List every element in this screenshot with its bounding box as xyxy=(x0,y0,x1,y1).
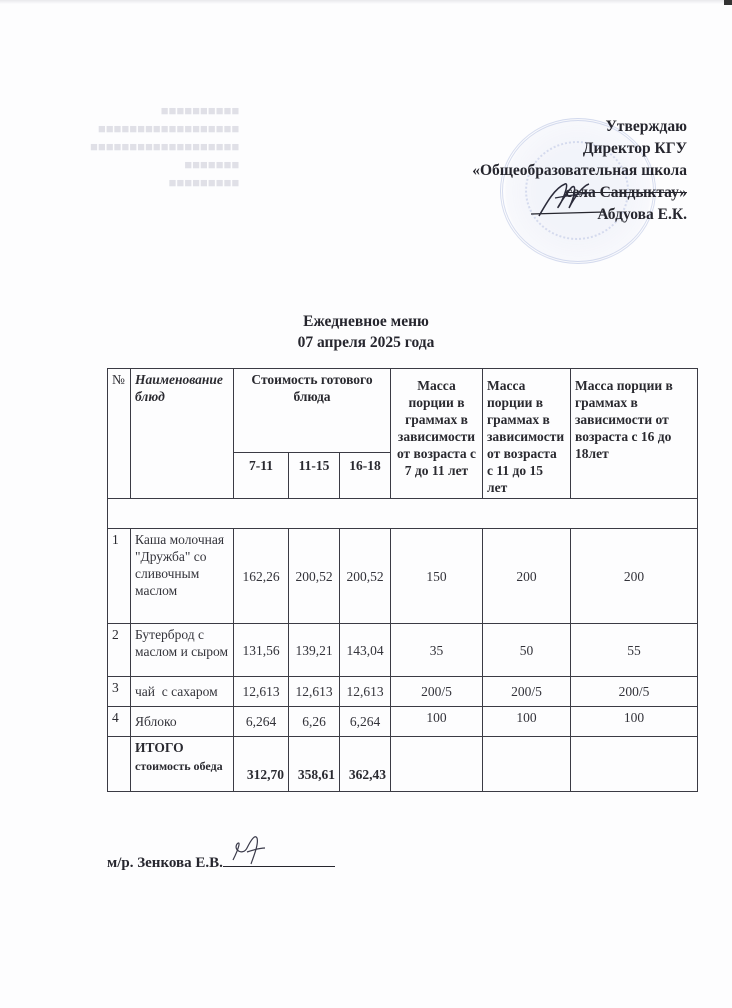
mass-16-18: 100 xyxy=(571,707,698,737)
dish-name: Яблоко xyxy=(131,707,234,737)
dish-name: чай с сахаром xyxy=(131,677,234,707)
spacer-cell xyxy=(108,499,698,529)
mass-7-11: 150 xyxy=(391,529,483,624)
menu-table: № Наименование блюд Стоимость готового б… xyxy=(107,368,698,792)
scan-corner-mark xyxy=(724,0,732,5)
total-row: ИТОГО стоимость обеда 312,70 358,61 362,… xyxy=(108,737,698,792)
mass-11-15: 200/5 xyxy=(483,677,571,707)
signer-name: м/р. Зенкова Е.В. xyxy=(107,855,223,871)
row-number: 2 xyxy=(108,624,131,677)
signer-block: м/р. Зенкова Е.В. xyxy=(107,854,335,872)
approval-line: Утверждаю xyxy=(472,116,687,138)
total-mass-empty xyxy=(391,737,483,792)
total-mass-empty xyxy=(571,737,698,792)
signature-icon xyxy=(525,178,615,220)
header-row: № Наименование блюд Стоимость готового б… xyxy=(108,369,698,453)
row-number: 1 xyxy=(108,529,131,624)
cost-7-11: 6,264 xyxy=(234,707,289,737)
total-label-sub: стоимость обеда xyxy=(135,757,229,775)
approval-line: Директор КГУ xyxy=(472,138,687,160)
header-mass-16-18: Масса порции в граммах в зависимости от … xyxy=(571,369,698,499)
header-mass-11-15: Масса порции в граммах в зависимости от … xyxy=(483,369,571,499)
title-line: Ежедневное меню xyxy=(0,311,732,332)
header-age-7-11: 7-11 xyxy=(234,452,289,498)
table-row: 2 Бутерброд с маслом и сыром 131,56 139,… xyxy=(108,624,698,677)
mass-16-18: 55 xyxy=(571,624,698,677)
cost-11-15: 12,613 xyxy=(289,677,340,707)
dish-name: Каша молочная "Дружба" со сливочным масл… xyxy=(131,529,234,624)
cost-16-18: 12,613 xyxy=(340,677,391,707)
mass-11-15: 50 xyxy=(483,624,571,677)
mass-7-11: 100 xyxy=(391,707,483,737)
mass-7-11: 35 xyxy=(391,624,483,677)
title-date: 07 апреля 2025 года xyxy=(0,332,732,353)
total-cost-16-18: 362,43 xyxy=(340,737,391,792)
header-age-11-15: 11-15 xyxy=(289,452,340,498)
row-number: 4 xyxy=(108,707,131,737)
total-mass-empty xyxy=(483,737,571,792)
header-name: Наименование блюд xyxy=(131,369,234,499)
mass-11-15: 200 xyxy=(483,529,571,624)
cost-11-15: 139,21 xyxy=(289,624,340,677)
table-row: 1 Каша молочная "Дружба" со сливочным ма… xyxy=(108,529,698,624)
cost-7-11: 131,56 xyxy=(234,624,289,677)
document-title: Ежедневное меню 07 апреля 2025 года xyxy=(0,311,732,353)
header-age-16-18: 16-18 xyxy=(340,452,391,498)
cost-11-15: 200,52 xyxy=(289,529,340,624)
dish-name: Бутерброд с маслом и сыром xyxy=(131,624,234,677)
cost-11-15: 6,26 xyxy=(289,707,340,737)
total-label: ИТОГО стоимость обеда xyxy=(131,737,234,792)
signature-line xyxy=(223,854,335,867)
mass-7-11: 200/5 xyxy=(391,677,483,707)
cost-16-18: 200,52 xyxy=(340,529,391,624)
spacer-row xyxy=(108,499,698,529)
cost-16-18: 143,04 xyxy=(340,624,391,677)
table-row: 4 Яблоко 6,264 6,26 6,264 100 100 100 xyxy=(108,707,698,737)
total-cost-11-15: 358,61 xyxy=(289,737,340,792)
mass-16-18: 200/5 xyxy=(571,677,698,707)
cost-16-18: 6,264 xyxy=(340,707,391,737)
row-number-empty xyxy=(108,737,131,792)
signature-icon xyxy=(229,830,269,868)
cost-7-11: 12,613 xyxy=(234,677,289,707)
cost-7-11: 162,26 xyxy=(234,529,289,624)
row-number: 3 xyxy=(108,677,131,707)
header-mass-7-11: Масса порции в граммах в зависимости от … xyxy=(391,369,483,499)
total-cost-7-11: 312,70 xyxy=(234,737,289,792)
mass-16-18: 200 xyxy=(571,529,698,624)
table-row: 3 чай с сахаром 12,613 12,613 12,613 200… xyxy=(108,677,698,707)
header-cost-group: Стоимость готового блюда xyxy=(234,369,391,453)
page-edge xyxy=(0,0,732,4)
header-number: № xyxy=(108,369,131,499)
bleed-through-text: ■■■■■■■■■■■■■■■■■■■■■■■■■■■■■■■■■■■■■■■■… xyxy=(90,102,239,192)
mass-11-15: 100 xyxy=(483,707,571,737)
total-label-main: ИТОГО xyxy=(135,739,229,757)
